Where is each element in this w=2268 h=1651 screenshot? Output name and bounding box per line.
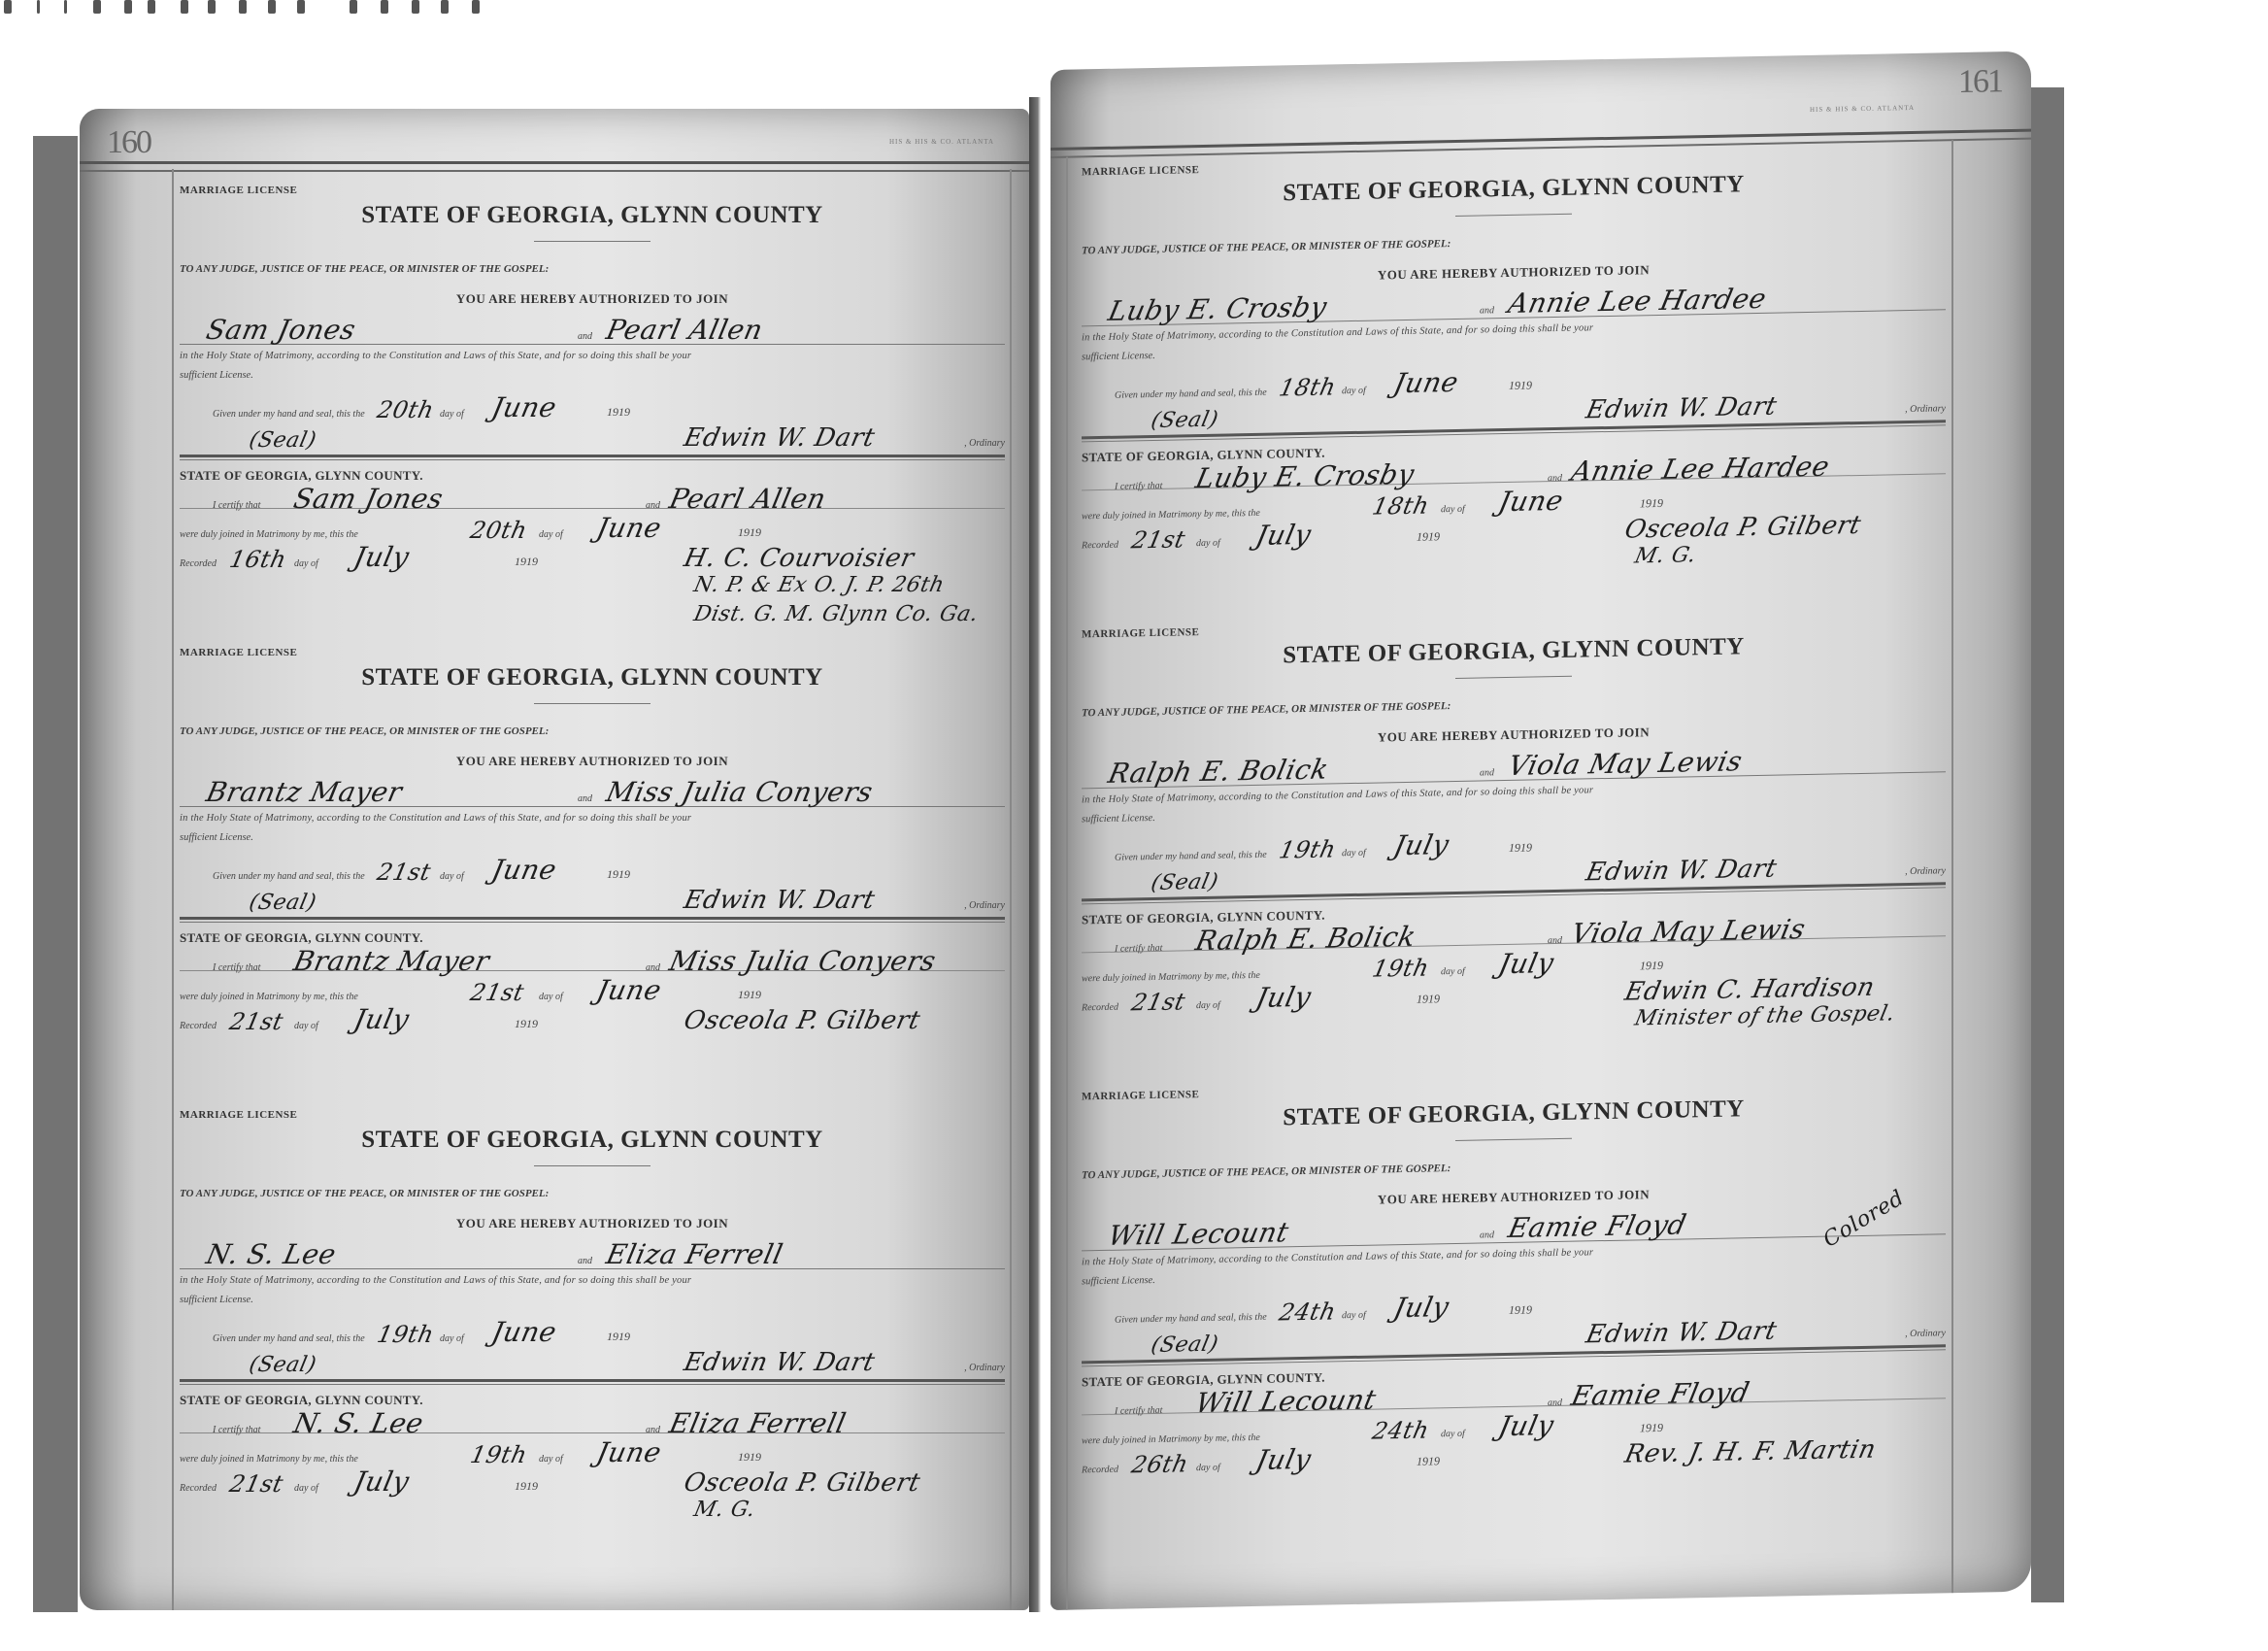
seal-row: (Seal) Edwin W. Dart , Ordinary xyxy=(180,421,1005,451)
license-day: 20th xyxy=(375,396,437,423)
sufficient-text: sufficient License. xyxy=(180,1295,1005,1305)
certify-label: I certify that xyxy=(1115,481,1162,492)
license-year: 1919 xyxy=(1509,378,1532,392)
recorded-month: July xyxy=(350,1466,412,1498)
seal-mark: (Seal) xyxy=(1149,408,1220,433)
license-label: MARRIAGE LICENSE xyxy=(180,185,1005,200)
title-rule xyxy=(1455,214,1572,217)
ordinary-signature: Edwin W. Dart xyxy=(682,886,878,915)
title-rule xyxy=(1455,1138,1572,1141)
license-day: 19th xyxy=(375,1321,437,1348)
and-label: and xyxy=(1548,473,1562,484)
and-label: and xyxy=(646,500,660,511)
bride-name: Pearl Allen xyxy=(603,314,765,346)
record-list: MARRIAGE LICENSE STATE OF GEORGIA, GLYNN… xyxy=(1082,150,1946,1553)
recorded-day: 21st xyxy=(227,1470,285,1498)
recorded-month: July xyxy=(1252,519,1314,552)
license-label: MARRIAGE LICENSE xyxy=(180,1109,1005,1125)
left-book-edge xyxy=(33,136,78,1612)
license-month: June xyxy=(488,1316,559,1348)
authorize-line: YOU ARE HEREBY AUTHORIZED TO JOIN xyxy=(180,754,1005,769)
certify-label: I certify that xyxy=(213,962,260,973)
marriage-record: MARRIAGE LICENSE STATE OF GEORGIA, GLYNN… xyxy=(1082,150,1946,628)
license-month: June xyxy=(488,854,559,886)
title-rule xyxy=(534,241,650,242)
recorded-month: July xyxy=(1252,1443,1314,1476)
groom-name: Luby E. Crosby xyxy=(1105,290,1329,326)
marriage-record: MARRIAGE LICENSE STATE OF GEORGIA, GLYNN… xyxy=(180,185,1005,647)
officiant-line: Osceola P. Gilbert xyxy=(682,1006,923,1035)
seal-row: (Seal) Edwin W. Dart , Ordinary xyxy=(180,884,1005,913)
and-label: and xyxy=(1548,935,1562,946)
recorded-label: Recorded xyxy=(1082,1465,1118,1476)
day-of-label: day of xyxy=(440,1333,464,1344)
bride-name: Eamie Floyd xyxy=(1505,1208,1689,1244)
and-label: and xyxy=(578,1256,592,1266)
recorded-line: Recorded 16th day of July 1919 H. C. Cou… xyxy=(180,542,1005,571)
given-label: Given under my hand and seal, this the xyxy=(213,409,365,420)
given-label: Given under my hand and seal, this the xyxy=(1115,387,1267,401)
cert-bride-name: Miss Julia Conyers xyxy=(666,945,938,977)
married-day: 19th xyxy=(1370,954,1432,982)
right-book-edge xyxy=(2031,87,2064,1602)
certify-label: I certify that xyxy=(1115,1405,1162,1417)
recorded-year: 1919 xyxy=(1417,529,1440,544)
ordinary-label: , Ordinary xyxy=(1905,403,1946,415)
margin-line-right xyxy=(1010,169,1012,1610)
married-month: July xyxy=(1495,1409,1556,1442)
section-divider xyxy=(180,455,1005,460)
married-year: 1919 xyxy=(738,1450,761,1465)
given-label: Given under my hand and seal, this the xyxy=(1115,850,1267,863)
married-month: June xyxy=(593,974,664,1006)
day-of-label: day of xyxy=(440,871,464,882)
recorded-year: 1919 xyxy=(1417,992,1440,1006)
authorize-line: YOU ARE HEREBY AUTHORIZED TO JOIN xyxy=(180,1216,1005,1231)
license-year: 1919 xyxy=(607,1330,630,1344)
day-of-label: day of xyxy=(1196,1463,1220,1473)
joined-label: were duly joined in Matrimony by me, thi… xyxy=(180,992,358,1002)
address-line: TO ANY JUDGE, JUSTICE OF THE PEACE, OR M… xyxy=(180,725,1005,737)
certificate-heading: STATE OF GEORGIA, GLYNN COUNTY. xyxy=(180,468,1005,484)
groom-name: Ralph E. Bolick xyxy=(1105,753,1331,789)
license-day: 21st xyxy=(375,859,433,886)
seal-mark: (Seal) xyxy=(1149,870,1220,895)
joined-label: were duly joined in Matrimony by me, thi… xyxy=(1082,1432,1260,1447)
and-label: and xyxy=(1480,1230,1494,1240)
license-month: June xyxy=(1390,366,1461,399)
certify-line: I certify that Brantz Mayer and Miss Jul… xyxy=(180,946,1005,975)
names-line: Brantz Mayer and Miss Julia Conyers xyxy=(180,777,1005,807)
section-divider xyxy=(180,1379,1005,1385)
license-year: 1919 xyxy=(1509,1302,1532,1317)
ordinary-label: , Ordinary xyxy=(964,1363,1005,1373)
title-rule xyxy=(534,703,650,704)
ordinary-signature: Edwin W. Dart xyxy=(1584,855,1780,888)
given-line: Given under my hand and seal, this the 2… xyxy=(180,849,1005,884)
day-of-label: day of xyxy=(294,1021,318,1031)
married-year: 1919 xyxy=(738,988,761,1002)
recorded-month: July xyxy=(350,541,412,573)
recorded-day: 21st xyxy=(227,1008,285,1035)
joined-label: were duly joined in Matrimony by me, thi… xyxy=(180,1454,358,1465)
license-label: MARRIAGE LICENSE xyxy=(180,647,1005,662)
married-month: June xyxy=(593,512,664,544)
married-day: 21st xyxy=(468,979,526,1006)
officiant-line: M. G. xyxy=(691,1498,757,1522)
joined-label: were duly joined in Matrimony by me, thi… xyxy=(180,529,358,540)
ordinary-signature: Edwin W. Dart xyxy=(1584,1317,1780,1350)
given-label: Given under my hand and seal, this the xyxy=(213,1333,365,1344)
recorded-year: 1919 xyxy=(515,555,538,569)
given-line: Given under my hand and seal, this the 2… xyxy=(180,387,1005,421)
sufficient-text: sufficient License. xyxy=(180,370,1005,381)
page-number: 160 xyxy=(107,124,150,161)
and-label: and xyxy=(578,331,592,342)
address-line: TO ANY JUDGE, JUSTICE OF THE PEACE, OR M… xyxy=(180,1188,1005,1199)
marriage-record: MARRIAGE LICENSE STATE OF GEORGIA, GLYNN… xyxy=(180,647,1005,1109)
holy-state-text: in the Holy State of Matrimony, accordin… xyxy=(180,813,1005,824)
recorded-label: Recorded xyxy=(1082,1002,1118,1014)
recorded-label: Recorded xyxy=(180,558,217,569)
license-title: STATE OF GEORGIA, GLYNN COUNTY xyxy=(180,1127,1005,1154)
certificate-heading: STATE OF GEORGIA, GLYNN COUNTY. xyxy=(180,930,1005,946)
recorded-year: 1919 xyxy=(1417,1454,1440,1468)
ordinary-label: , Ordinary xyxy=(1905,865,1946,877)
officiant-line: H. C. Courvoisier xyxy=(682,544,917,573)
married-year: 1919 xyxy=(1640,496,1663,511)
recorded-day: 21st xyxy=(1129,988,1187,1016)
joined-label: were duly joined in Matrimony by me, thi… xyxy=(1082,970,1260,985)
day-of-label: day of xyxy=(1196,1000,1220,1011)
day-of-label: day of xyxy=(1342,386,1366,396)
certify-label: I certify that xyxy=(213,500,260,511)
license-month: July xyxy=(1390,828,1451,861)
license-day: 18th xyxy=(1277,373,1339,401)
groom-name: Brantz Mayer xyxy=(203,776,405,808)
officiant-line: N. P. & Ex O. J. P. 26th xyxy=(691,573,947,597)
ordinary-signature: Edwin W. Dart xyxy=(1584,392,1780,425)
recorded-line: Recorded 21st day of July 1919 Osceola P… xyxy=(180,1466,1005,1496)
given-label: Given under my hand and seal, this the xyxy=(213,871,365,882)
license-month: June xyxy=(488,391,559,423)
title-rule xyxy=(1455,676,1572,679)
and-label: and xyxy=(1480,305,1494,316)
recorded-label: Recorded xyxy=(180,1021,217,1031)
license-day: 19th xyxy=(1277,835,1339,863)
address-line: TO ANY JUDGE, JUSTICE OF THE PEACE, OR M… xyxy=(1082,228,1946,256)
record-list: MARRIAGE LICENSE STATE OF GEORGIA, GLYNN… xyxy=(180,185,1005,1571)
and-label: and xyxy=(1548,1398,1562,1408)
bride-name: Annie Lee Hardee xyxy=(1505,283,1769,320)
license-month: July xyxy=(1390,1291,1451,1324)
recorded-month: July xyxy=(1252,981,1314,1014)
marriage-record: MARRIAGE LICENSE STATE OF GEORGIA, GLYNN… xyxy=(1082,612,1946,1091)
day-of-label: day of xyxy=(539,529,563,540)
sufficient-text: sufficient License. xyxy=(180,832,1005,843)
marriage-record: MARRIAGE LICENSE STATE OF GEORGIA, GLYNN… xyxy=(1082,1074,1946,1553)
given-label: Given under my hand and seal, this the xyxy=(1115,1312,1267,1326)
address-line: TO ANY JUDGE, JUSTICE OF THE PEACE, OR M… xyxy=(1082,691,1946,719)
book-gutter xyxy=(1029,97,1051,1612)
seal-mark: (Seal) xyxy=(1149,1332,1220,1358)
recorded-day: 26th xyxy=(1129,1450,1191,1478)
license-day: 24th xyxy=(1277,1297,1339,1326)
address-line: TO ANY JUDGE, JUSTICE OF THE PEACE, OR M… xyxy=(180,263,1005,275)
section-divider xyxy=(180,917,1005,923)
joined-line: were duly joined in Matrimony by me, thi… xyxy=(180,1437,1005,1466)
married-day: 19th xyxy=(468,1441,530,1468)
and-label: and xyxy=(646,962,660,973)
joined-line: were duly joined in Matrimony by me, thi… xyxy=(180,513,1005,542)
recorded-year: 1919 xyxy=(515,1017,538,1031)
married-year: 1919 xyxy=(738,525,761,540)
officiant-line: Minister of the Gospel. xyxy=(1632,1001,1897,1030)
married-month: June xyxy=(593,1436,664,1468)
authorize-line: YOU ARE HEREBY AUTHORIZED TO JOIN xyxy=(180,291,1005,307)
cert-bride-name: Eliza Ferrell xyxy=(666,1407,849,1439)
married-day: 20th xyxy=(468,517,530,544)
married-year: 1919 xyxy=(1640,959,1663,973)
day-of-label: day of xyxy=(539,1454,563,1465)
recorded-line: Recorded 21st day of July 1919 Osceola P… xyxy=(180,1004,1005,1033)
bride-name: Viola May Lewis xyxy=(1505,745,1745,782)
printer-mark: HIS & HIS & CO. ATLANTA xyxy=(1810,104,1915,114)
groom-name: Will Lecount xyxy=(1105,1216,1291,1252)
cert-groom-name: Brantz Mayer xyxy=(290,945,492,977)
license-year: 1919 xyxy=(607,405,630,420)
recorded-day: 16th xyxy=(227,546,289,573)
recorded-label: Recorded xyxy=(1082,540,1118,552)
printer-mark: HIS & HIS & CO. ATLANTA xyxy=(889,138,994,146)
officiant-line: Rev. J. H. F. Martin xyxy=(1622,1435,1879,1469)
license-title: STATE OF GEORGIA, GLYNN COUNTY xyxy=(180,664,1005,691)
license-year: 1919 xyxy=(607,867,630,882)
given-line: Given under my hand and seal, this the 1… xyxy=(180,1311,1005,1346)
bride-name: Miss Julia Conyers xyxy=(603,776,875,808)
bride-name: Eliza Ferrell xyxy=(603,1238,785,1270)
ordinary-signature: Edwin W. Dart xyxy=(682,1348,878,1377)
and-label: and xyxy=(578,793,592,804)
officiant-line: Osceola P. Gilbert xyxy=(682,1468,923,1498)
names-line: N. S. Lee and Eliza Ferrell xyxy=(180,1239,1005,1269)
ordinary-signature: Edwin W. Dart xyxy=(682,423,878,453)
joined-label: were duly joined in Matrimony by me, thi… xyxy=(1082,508,1260,522)
license-year: 1919 xyxy=(1509,840,1532,855)
recorded-label: Recorded xyxy=(180,1483,217,1494)
seal-mark: (Seal) xyxy=(247,891,318,915)
day-of-label: day of xyxy=(539,992,563,1002)
ordinary-label: , Ordinary xyxy=(964,900,1005,911)
and-label: and xyxy=(1480,767,1494,778)
day-of-label: day of xyxy=(1342,1310,1366,1321)
marriage-record: MARRIAGE LICENSE STATE OF GEORGIA, GLYNN… xyxy=(180,1109,1005,1571)
ledger-page-left: 160 HIS & HIS & CO. ATLANTA MARRIAGE LIC… xyxy=(80,109,1029,1610)
ordinary-label: , Ordinary xyxy=(964,438,1005,449)
officiant-line: M. G. xyxy=(1632,543,1698,568)
day-of-label: day of xyxy=(1441,504,1465,515)
certify-line: I certify that N. S. Lee and Eliza Ferre… xyxy=(180,1408,1005,1437)
header-rule xyxy=(80,161,1029,172)
joined-line: were duly joined in Matrimony by me, thi… xyxy=(180,975,1005,1004)
margin-line xyxy=(1066,157,1068,1610)
day-of-label: day of xyxy=(294,1483,318,1494)
day-of-label: day of xyxy=(1441,966,1465,977)
groom-name: N. S. Lee xyxy=(203,1238,339,1270)
names-line: Sam Jones and Pearl Allen xyxy=(180,315,1005,345)
certify-label: I certify that xyxy=(213,1425,260,1435)
day-of-label: day of xyxy=(1196,538,1220,549)
margin-line-right xyxy=(1951,140,1953,1593)
license-title: STATE OF GEORGIA, GLYNN COUNTY xyxy=(180,202,1005,229)
married-year: 1919 xyxy=(1640,1421,1663,1435)
cert-groom-name: N. S. Lee xyxy=(290,1407,426,1439)
married-day: 24th xyxy=(1370,1416,1432,1444)
cert-groom-name: Sam Jones xyxy=(290,483,446,515)
officiant-line: Osceola P. Gilbert xyxy=(1622,511,1864,545)
day-of-label: day of xyxy=(1441,1429,1465,1439)
title-rule xyxy=(534,1165,650,1166)
seal-mark: (Seal) xyxy=(247,428,318,453)
officiant-line: Dist. G. M. Glynn Co. Ga. xyxy=(691,602,981,626)
address-line: TO ANY JUDGE, JUSTICE OF THE PEACE, OR M… xyxy=(1082,1153,1946,1181)
recorded-day: 21st xyxy=(1129,525,1187,554)
holy-state-text: in the Holy State of Matrimony, accordin… xyxy=(180,1275,1005,1286)
cert-bride-name: Pearl Allen xyxy=(666,483,828,515)
ledger-page-right: 161 HIS & HIS & CO. ATLANTA MARRIAGE LIC… xyxy=(1051,51,2031,1610)
page-number: 161 xyxy=(1958,63,2002,101)
and-label: and xyxy=(646,1425,660,1435)
certify-line: I certify that Sam Jones and Pearl Allen xyxy=(180,484,1005,513)
margin-line xyxy=(172,169,174,1610)
married-day: 18th xyxy=(1370,491,1432,520)
day-of-label: day of xyxy=(294,558,318,569)
day-of-label: day of xyxy=(440,409,464,420)
ordinary-label: , Ordinary xyxy=(1905,1328,1946,1339)
recorded-month: July xyxy=(350,1003,412,1035)
seal-mark: (Seal) xyxy=(247,1353,318,1377)
holy-state-text: in the Holy State of Matrimony, accordin… xyxy=(180,351,1005,361)
married-month: July xyxy=(1495,947,1556,980)
seal-row: (Seal) Edwin W. Dart , Ordinary xyxy=(180,1346,1005,1375)
certificate-heading: STATE OF GEORGIA, GLYNN COUNTY. xyxy=(180,1393,1005,1408)
scan-artifact-marks xyxy=(0,0,971,27)
married-month: June xyxy=(1495,485,1566,518)
recorded-year: 1919 xyxy=(515,1479,538,1494)
day-of-label: day of xyxy=(1342,848,1366,859)
groom-name: Sam Jones xyxy=(203,314,358,346)
certify-label: I certify that xyxy=(1115,943,1162,955)
